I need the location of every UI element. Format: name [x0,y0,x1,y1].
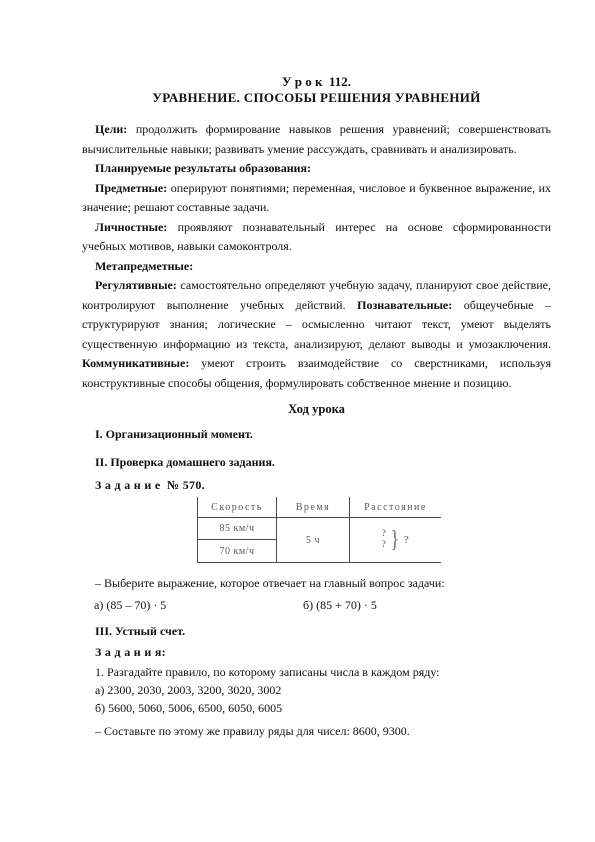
personal-lead: Личностные: [95,220,167,234]
compose-rows-prompt: – Составьте по этому же правилу ряды для… [82,721,551,741]
table-header-speed: Скорость [198,497,277,518]
stage-2-heading: II. Проверка домашнего задания. [82,452,551,472]
task-1-prompt: 1. Разгадайте правило, по которому запис… [82,662,551,682]
distance-total: ? [404,534,409,546]
choose-expression-prompt: – Выберите выражение, которое отвечает н… [82,573,551,593]
goals-text: продолжить формирование навыков решения … [82,122,551,156]
personal-results-paragraph: Личностные: проявляют познавательный инт… [82,218,551,257]
tasks-label: З а д а н и я: [82,642,551,662]
table-row: 85 км/ч 5 ч ?? } ? [198,518,442,540]
distance-group: ?? } ? [350,528,441,552]
task-570-label: З а д а н и е № 570. [82,475,551,495]
speed-cell-1: 85 км/ч [198,518,277,540]
distance-part-1: ? [382,529,386,540]
brace-icon: } [390,528,399,552]
page-content: У р о к 112. УРАВНЕНИЕ. СПОСОБЫ РЕШЕНИЯ … [82,74,551,741]
regulative-paragraph: Регулятивные: самостоятельно определяют … [82,276,551,393]
speed-cell-2: 70 км/ч [198,540,277,563]
document-page: У р о к 112. УРАВНЕНИЕ. СПОСОБЫ РЕШЕНИЯ … [0,0,595,842]
option-a: а) (85 – 70) · 5 [94,598,166,612]
stage-1-heading: I. Организационный момент. [82,424,551,444]
distance-cell: ?? } ? [350,518,442,563]
subject-results-paragraph: Предметные: оперируют понятиями; перемен… [82,179,551,218]
number-row-b: б) 5600, 5060, 5006, 6500, 6050, 6005 [82,700,551,718]
number-row-a: а) 2300, 2030, 2003, 3200, 3020, 3002 [82,682,551,700]
goals-lead: Цели: [95,122,127,136]
time-cell: 5 ч [277,518,350,563]
lesson-number-heading: У р о к 112. [82,74,551,90]
table-header-time: Время [277,497,350,518]
regulative-lead: Регулятивные: [95,278,177,292]
subject-lead: Предметные: [95,181,167,195]
option-b: б) (85 + 70) · 5 [303,595,377,615]
cognitive-lead: Познавательные: [357,298,452,312]
expression-options: а) (85 – 70) · 5 б) (85 + 70) · 5 [82,595,551,615]
stage-3-heading: III. Устный счет. [82,621,551,641]
planned-results-heading: Планируемые результаты образования: [82,159,551,179]
distance-part-2: ? [382,540,386,551]
lesson-title-heading: УРАВНЕНИЕ. СПОСОБЫ РЕШЕНИЯ УРАВНЕНИЙ [82,90,551,106]
communicative-lead: Коммуникативные: [82,356,189,370]
table-header-distance: Расстояние [350,497,442,518]
distance-parts: ?? [382,529,386,551]
table-header-row: Скорость Время Расстояние [198,497,442,518]
metasubject-heading: Метапредметные: [82,257,551,277]
task-570-table: Скорость Время Расстояние 85 км/ч 5 ч ??… [197,497,441,563]
lesson-flow-heading: Ход урока [82,399,551,419]
goals-paragraph: Цели: продолжить формирование навыков ре… [82,120,551,159]
